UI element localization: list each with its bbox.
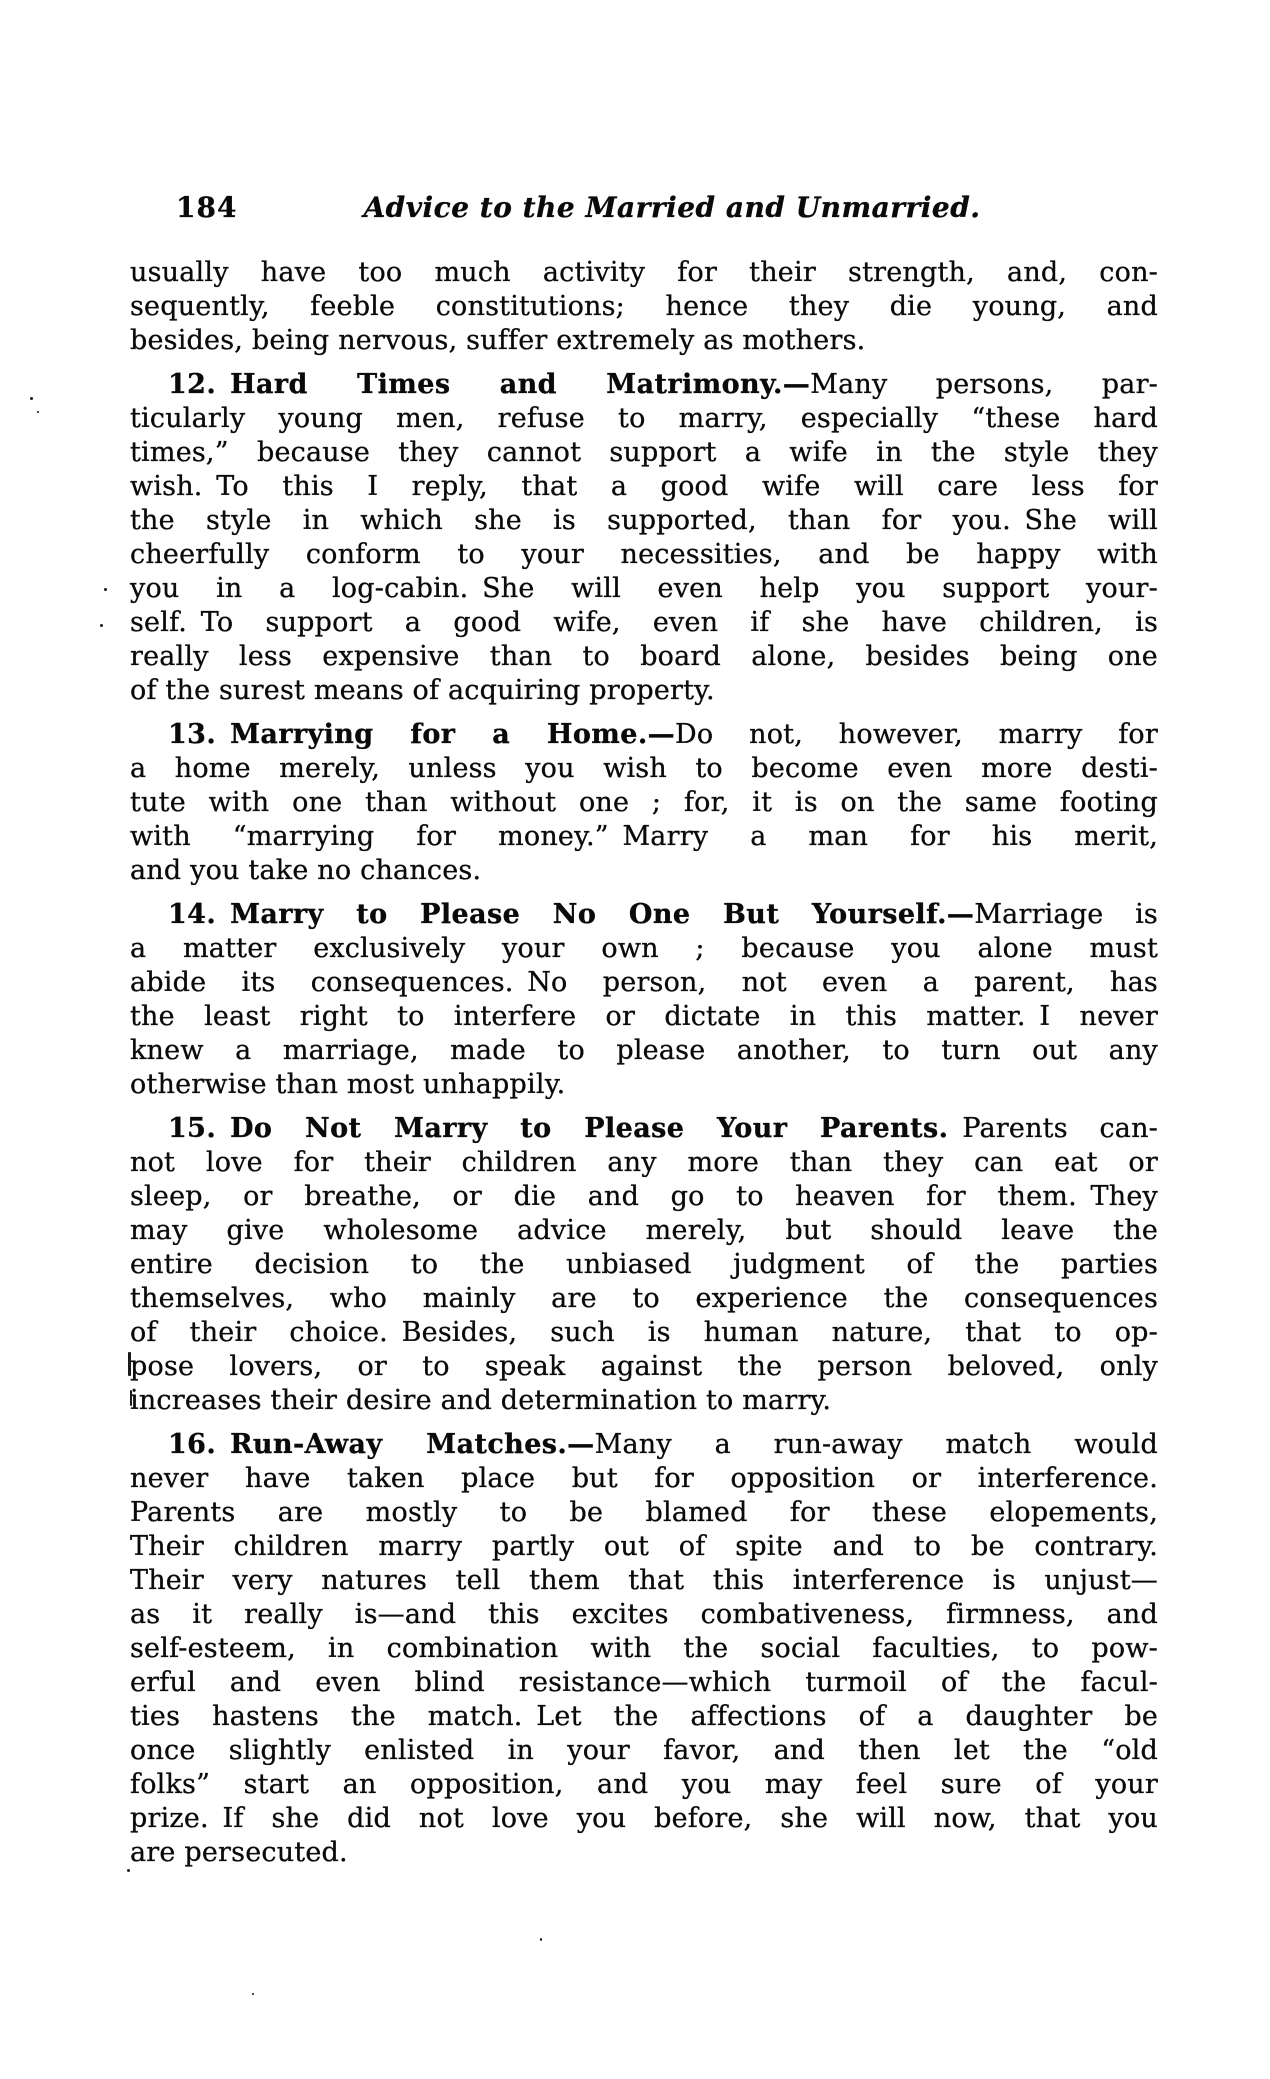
- scan-speck: [100, 624, 103, 627]
- text-line: 13. Marrying for a Home.—Do not, however…: [130, 718, 1158, 752]
- text-line: wish. To this I reply, that a good wife …: [130, 470, 1158, 504]
- text-line: with “marrying for money.” Marry a man f…: [130, 820, 1158, 854]
- text-line: really less expensive than to board alon…: [130, 640, 1158, 674]
- text-line: ties hastens the match. Let the affectio…: [130, 1700, 1158, 1734]
- text-line: a matter exclusively your own ; because …: [130, 932, 1158, 966]
- text-line: Their very natures tell them that this i…: [130, 1564, 1158, 1598]
- text-line: Their children marry partly out of spite…: [130, 1530, 1158, 1564]
- scan-speck: [252, 1993, 254, 1995]
- text-line: prize. If she did not love you before, s…: [130, 1802, 1158, 1836]
- text-line: erful and even blind resistance—which tu…: [130, 1666, 1158, 1700]
- text-line: 12. Hard Times and Matrimony.—Many perso…: [130, 368, 1158, 402]
- text-line: self. To support a good wife, even if sh…: [130, 606, 1158, 640]
- page-number: 184: [176, 188, 237, 228]
- text-line: cheerfully conform to your necessities, …: [130, 538, 1158, 572]
- text-line: entire decision to the unbiased judgment…: [130, 1248, 1158, 1282]
- text-line: as it really is—and this excites combati…: [130, 1598, 1158, 1632]
- text-line: Parents are mostly to be blamed for thes…: [130, 1496, 1158, 1530]
- paragraph: 16. Run-Away Matches.—Many a run-away ma…: [130, 1428, 1158, 1870]
- section-heading: 16. Run-Away Matches.—: [168, 1429, 595, 1460]
- text-line: tute with one than without one ; for, it…: [130, 786, 1158, 820]
- text-line: besides, being nervous, suffer extremely…: [130, 324, 1158, 358]
- text-line: 14. Marry to Please No One But Yourself.…: [130, 898, 1158, 932]
- text-line: are persecuted.: [130, 1836, 1158, 1870]
- text-line: not love for their children any more tha…: [130, 1146, 1158, 1180]
- running-title: Advice to the Married and Unmarried.: [363, 188, 980, 228]
- section-heading: 12. Hard Times and Matrimony.—: [168, 369, 810, 400]
- section-heading: 15. Do Not Marry to Please Your Parents.: [168, 1113, 962, 1144]
- scan-speck: [128, 1352, 131, 1376]
- text-line: pose lovers, or to speak against the per…: [130, 1350, 1158, 1384]
- scan-speck: [30, 397, 33, 400]
- text-line: abide its consequences. No person, not e…: [130, 966, 1158, 1000]
- text-line: times,” because they cannot support a wi…: [130, 436, 1158, 470]
- text-line: 16. Run-Away Matches.—Many a run-away ma…: [130, 1428, 1158, 1462]
- text-line: usually have too much activity for their…: [130, 256, 1158, 290]
- text-line: the style in which she is supported, tha…: [130, 504, 1158, 538]
- text-line: of the surest means of acquiring propert…: [130, 674, 1158, 708]
- paragraph: 15. Do Not Marry to Please Your Parents.…: [130, 1112, 1158, 1418]
- text-line: knew a marriage, made to please another,…: [130, 1034, 1158, 1068]
- text-line: may give wholesome advice merely, but sh…: [130, 1214, 1158, 1248]
- text-line: of their choice. Besides, such is human …: [130, 1316, 1158, 1350]
- text-line: sequently, feeble constitutions; hence t…: [130, 290, 1158, 324]
- text-line: themselves, who mainly are to experience…: [130, 1282, 1158, 1316]
- text-line: sleep, or breathe, or die and go to heav…: [130, 1180, 1158, 1214]
- paragraph: 12. Hard Times and Matrimony.—Many perso…: [130, 368, 1158, 708]
- page-body: usually have too much activity for their…: [130, 256, 1158, 1870]
- text-line: folks” start an opposition, and you may …: [130, 1768, 1158, 1802]
- text-line: the least right to interfere or dictate …: [130, 1000, 1158, 1034]
- scan-speck: [127, 1869, 130, 1872]
- section-heading: 13. Marrying for a Home.—: [168, 719, 675, 750]
- text-line: ticularly young men, refuse to marry, es…: [130, 402, 1158, 436]
- book-page: 184 Advice to the Married and Unmarried.…: [0, 0, 1270, 2079]
- scan-speck: [104, 588, 107, 591]
- text-line: a home merely, unless you wish to become…: [130, 752, 1158, 786]
- paragraph: 13. Marrying for a Home.—Do not, however…: [130, 718, 1158, 888]
- text-line: otherwise than most unhappily.: [130, 1068, 1158, 1102]
- page-header: 184 Advice to the Married and Unmarried.: [130, 188, 1158, 228]
- text-line: and you take no chances.: [130, 854, 1158, 888]
- text-line: self-esteem, in combination with the soc…: [130, 1632, 1158, 1666]
- paragraph: 14. Marry to Please No One But Yourself.…: [130, 898, 1158, 1102]
- paragraph: usually have too much activity for their…: [130, 256, 1158, 358]
- text-line: increases their desire and determination…: [130, 1384, 1158, 1418]
- section-heading: 14. Marry to Please No One But Yourself.…: [168, 899, 974, 930]
- scan-speck: [130, 1390, 132, 1406]
- scan-speck: [540, 1938, 542, 1941]
- text-line: once slightly enlisted in your favor, an…: [130, 1734, 1158, 1768]
- text-line: never have taken place but for oppositio…: [130, 1462, 1158, 1496]
- text-line: you in a log-cabin. She will even help y…: [130, 572, 1158, 606]
- scan-speck: [37, 411, 39, 413]
- text-line: 15. Do Not Marry to Please Your Parents.…: [130, 1112, 1158, 1146]
